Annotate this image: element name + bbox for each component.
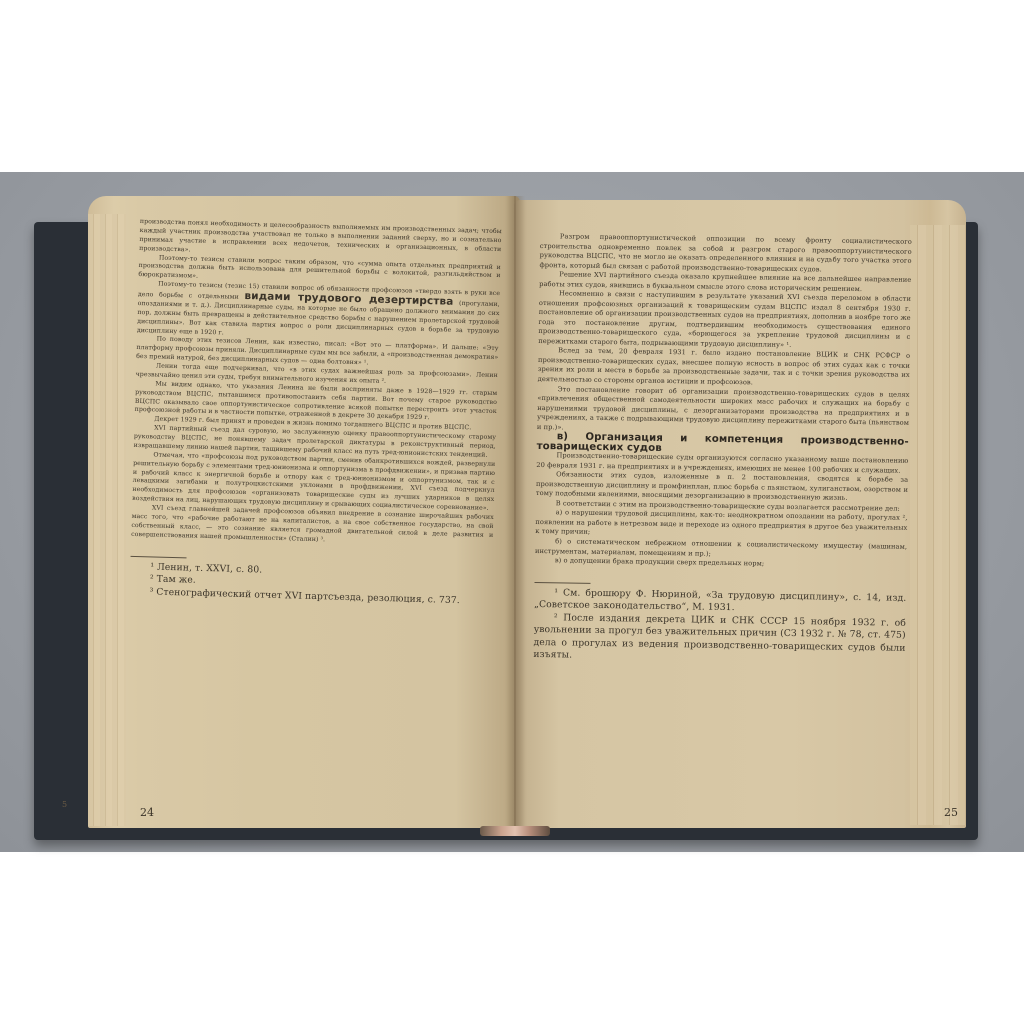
paragraph: Это постановление говорит об организации… — [537, 384, 910, 437]
right-page-text: Разгром правооппортунистической оппозици… — [533, 232, 912, 667]
paragraph: Поэтому-то тезисы (тезис 15) ставили воп… — [137, 280, 500, 345]
footnote-rule — [534, 582, 590, 584]
paragraph: Разгром правооппортунистической оппозици… — [539, 232, 912, 276]
spine-binding — [480, 826, 550, 836]
footnote-rule — [131, 555, 187, 558]
left-page-text: производства понял необходимость и целес… — [129, 218, 501, 608]
margin-mark: 5 — [62, 800, 67, 809]
book-gutter — [505, 196, 525, 832]
footnote: ² После издания декрета ЦИК и СНК СССР 1… — [533, 612, 906, 668]
right-page-edges — [910, 225, 966, 825]
left-page-number: 24 — [140, 806, 154, 819]
left-page-edges — [88, 214, 126, 826]
right-page-number: 25 — [944, 806, 958, 819]
paragraph: Несомненно в связи с наступившим в резул… — [538, 289, 911, 352]
paragraph: Вслед за тем, 20 февраля 1931 г. было из… — [538, 346, 911, 390]
